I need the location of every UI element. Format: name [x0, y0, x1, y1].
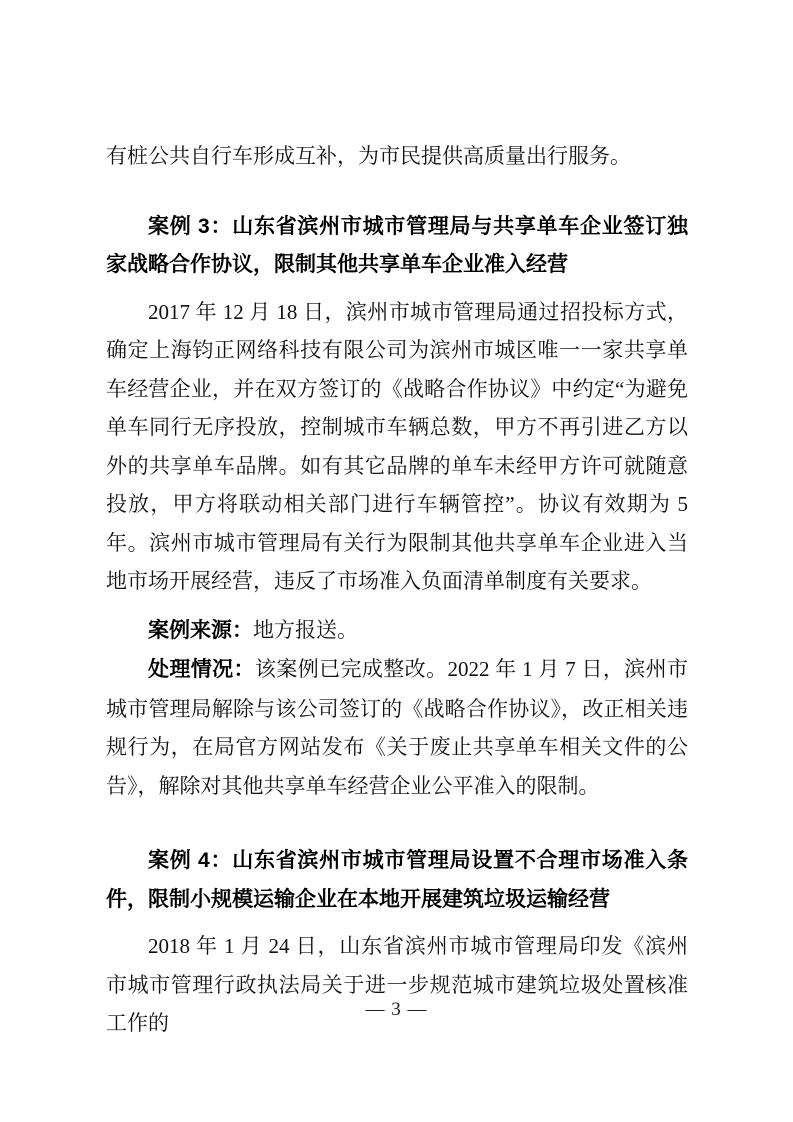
case4-heading: 案例 4：山东省滨州市城市管理局设置不合理市场准入条件，限制小规模运输企业在本地…	[106, 842, 688, 919]
case4-body-paragraph: 2018 年 1 月 24 日，山东省滨州市城市管理局印发《滨州市城市管理行政执…	[106, 927, 688, 1043]
page-number: — 3 —	[0, 996, 793, 1024]
case3-body-paragraph: 2017 年 12 月 18 日，滨州市城市管理局通过招投标方式，确定上海钧正网…	[106, 293, 688, 601]
case3-heading: 案例 3：山东省滨州市城市管理局与共享单车企业签订独家战略合作协议，限制其他共享…	[106, 208, 688, 285]
paragraph-intro-continuation: 有桩公共自行车形成互补，为市民提供高质量出行服务。	[106, 137, 688, 176]
case3-source-paragraph: 案例来源：地方报送。	[106, 611, 688, 651]
case-source-text: 地方报送。	[253, 618, 358, 642]
case-source-label: 案例来源：	[148, 619, 253, 642]
case3-handling-paragraph: 处理情况：该案例已完成整改。2022 年 1 月 7 日，滨州市城市管理局解除与…	[106, 650, 688, 805]
case-handling-label: 处理情况：	[148, 658, 255, 681]
document-body: 有桩公共自行车形成互补，为市民提供高质量出行服务。 案例 3：山东省滨州市城市管…	[106, 137, 688, 1043]
document-page: 有桩公共自行车形成互补，为市民提供高质量出行服务。 案例 3：山东省滨州市城市管…	[0, 0, 793, 1122]
